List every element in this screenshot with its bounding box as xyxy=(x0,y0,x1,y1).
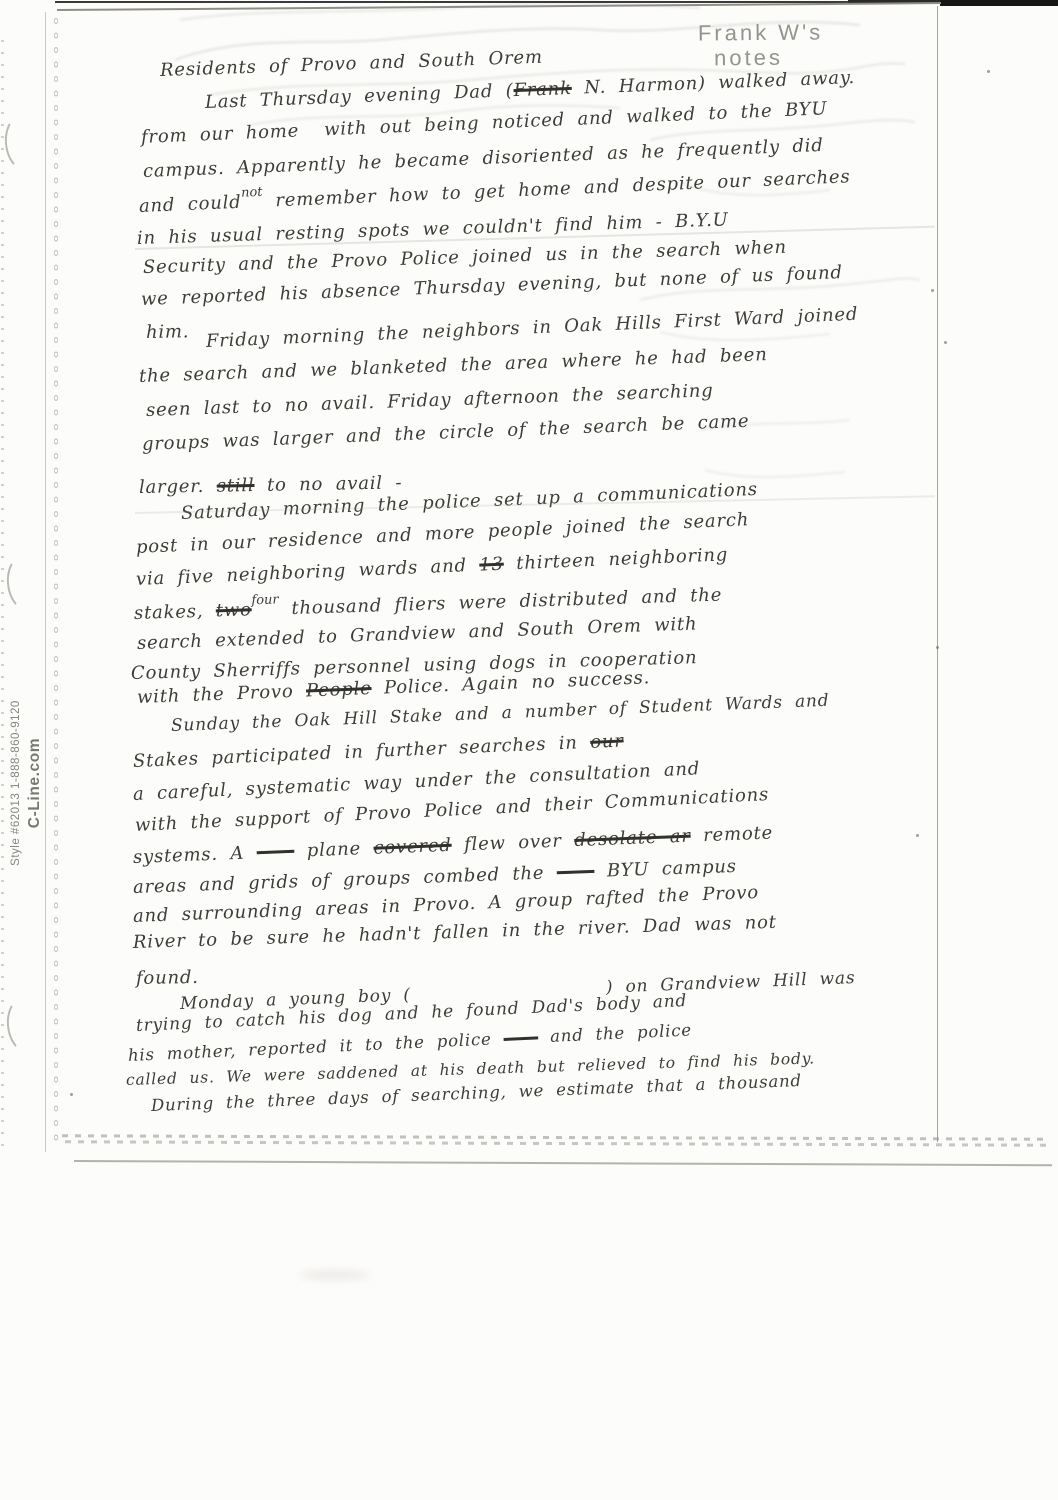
sleeve-stitch-seam xyxy=(51,14,61,1142)
struck-out-word: our xyxy=(590,730,624,752)
handwritten-line: larger. still to no avail - xyxy=(139,472,403,498)
struck-out-word: 13 xyxy=(479,554,504,576)
pencil-note-line2: notes xyxy=(714,45,824,71)
handwritten-line: him. xyxy=(146,321,190,343)
paper-top-edge xyxy=(57,2,941,10)
scanner-corner-black xyxy=(940,0,1058,6)
struck-out-word: —— xyxy=(556,861,594,883)
scan-speck xyxy=(931,289,934,292)
sleeve-brand-label: Style #62013 1-888-860-9120 C-Line.com xyxy=(9,623,57,943)
handwritten-line: found. xyxy=(136,967,199,989)
inserted-word: not xyxy=(241,185,263,201)
struck-out-word: still xyxy=(217,475,255,497)
paper-right-edge xyxy=(937,6,938,1142)
scan-smudge xyxy=(300,1270,370,1280)
scan-speck xyxy=(936,646,939,649)
scan-speck xyxy=(916,834,919,837)
sleeve-bottom-seam xyxy=(62,1134,1050,1147)
struck-out-word: —— xyxy=(256,841,294,863)
pencil-note-line1: Frank W's xyxy=(698,19,824,45)
scan-speck xyxy=(944,341,947,344)
struck-out-word: Frank xyxy=(513,78,572,101)
scan-speck xyxy=(987,70,990,73)
handwritten-line: Residents of Provo and South Orem xyxy=(160,47,544,81)
sleeve-style-number: Style #62013 1-888-860-9120 xyxy=(9,623,25,943)
scanned-page: Style #62013 1-888-860-9120 C-Line.com F… xyxy=(0,0,1058,1500)
sleeve-edge-dots xyxy=(1,40,4,1155)
struck-out-word: two xyxy=(215,599,252,621)
struck-out-word: People xyxy=(306,678,372,702)
scan-speck xyxy=(70,1093,73,1096)
pencil-note: Frank W's notes xyxy=(698,19,824,71)
inserted-word: four xyxy=(251,592,279,608)
sleeve-bottom-edge xyxy=(74,1160,1052,1166)
struck-out-word: desolate ar xyxy=(574,826,691,851)
struck-out-word: covered xyxy=(373,835,452,859)
sleeve-fold-line xyxy=(45,12,46,1152)
binder-hole-mark xyxy=(4,554,43,611)
binder-hole-mark xyxy=(4,996,43,1053)
struck-out-word: —— xyxy=(503,1027,538,1048)
sleeve-brand-name: C-Line.com xyxy=(25,623,46,943)
binder-hole-mark xyxy=(2,114,41,171)
